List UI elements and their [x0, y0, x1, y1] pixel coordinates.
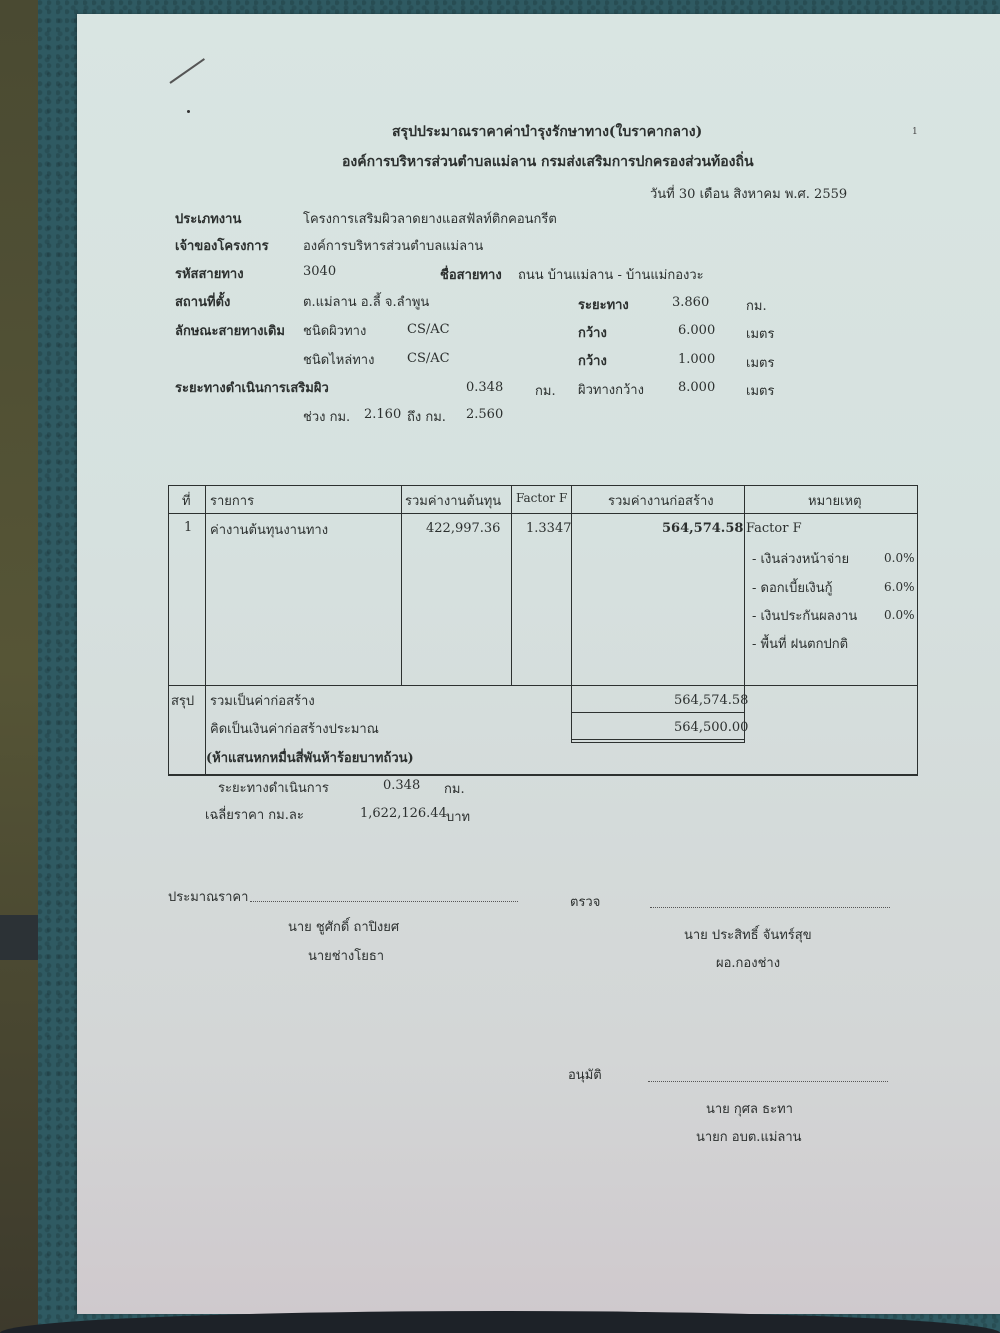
summary-total-value: 564,574.58 — [674, 693, 748, 708]
route-code-value: 3040 — [303, 264, 336, 279]
overlay-width-unit: เมตร — [746, 380, 774, 401]
checker-role-label: ตรวจ — [570, 891, 600, 912]
document-subtitle: องค์การบริหารส่วนตำบลแม่ลาน กรมส่งเสริมก… — [342, 151, 754, 173]
header-factor: Factor F — [516, 491, 567, 505]
remark-loan-interest-value: 6.0% — [884, 580, 915, 594]
cost-table: ที่ รายการ รวมค่างานต้นทุน Factor F รวมค… — [168, 485, 918, 775]
approver-name: นาย กุศล ธะทา — [706, 1098, 793, 1119]
estimator-name: นาย ชูศักดิ์ ถาปิงยศ — [288, 916, 399, 937]
route-code-label: รหัสสายทาง — [175, 263, 244, 284]
work-type-value: โครงการเสริมผิวลาดยางแอสฟัลท์ติกคอนกรีต — [303, 208, 557, 229]
remark-advance-payment: - เงินล่วงหน้าจ่าย — [752, 548, 849, 569]
surface-width-label: กว้าง — [578, 322, 607, 343]
header-item: รายการ — [210, 490, 254, 511]
range-label: ช่วง กม. — [303, 406, 350, 427]
avg-price-value: 1,622,126.44 — [360, 806, 447, 821]
header-cost: รวมค่างานต้นทุน — [405, 490, 501, 511]
owner-label: เจ้าของโครงการ — [175, 235, 269, 256]
shoulder-type-value: CS/AC — [407, 351, 450, 366]
work-type-label: ประเภทงาน — [175, 208, 241, 229]
estimator-role-label: ประมาณราคา — [168, 886, 248, 907]
remark-loan-interest: - ดอกเบี้ยเงินกู้ — [752, 577, 833, 598]
approver-signature-line — [648, 1080, 888, 1082]
approver-position: นายก อบต.แม่ลาน — [696, 1126, 802, 1147]
remark-performance-bond-value: 0.0% — [884, 608, 915, 622]
shoulder-width-unit: เมตร — [746, 352, 774, 373]
overlay-width-label: ผิวทางกว้าง — [578, 379, 644, 400]
row-factor: 1.3347 — [526, 521, 572, 536]
overlay-distance-label: ระยะทางดำเนินการเสริมผิว — [175, 377, 329, 398]
overlay-width-value: 8.000 — [678, 380, 715, 395]
range-to-label: ถึง กม. — [407, 406, 446, 427]
approver-role-label: อนุมัติ — [568, 1064, 602, 1085]
avg-price-label: เฉลี่ยราคา กม.ละ — [205, 804, 304, 825]
header-no: ที่ — [182, 490, 191, 511]
original-road-label: ลักษณะสายทางเดิม — [175, 320, 285, 341]
shoulder-type-label: ชนิดไหล่ทาง — [303, 349, 374, 370]
summary-label: สรุป — [171, 690, 194, 711]
remark-rainfall-area: - พื้นที่ ฝนตกปกติ — [752, 633, 848, 654]
operation-distance-unit: กม. — [444, 778, 465, 799]
range-from: 2.160 — [364, 407, 401, 422]
pen-dot — [187, 110, 190, 113]
operation-distance-label: ระยะทางดำเนินการ — [218, 777, 329, 798]
surface-width-value: 6.000 — [678, 323, 715, 338]
checker-position: ผอ.กองช่าง — [716, 952, 780, 973]
location-label: สถานที่ตั้ง — [175, 291, 230, 312]
document-title: สรุปประมาณราคาค่าบำรุงรักษาทาง(ใบราคากลา… — [392, 121, 702, 143]
owner-value: องค์การบริหารส่วนตำบลแม่ลาน — [303, 235, 483, 256]
row-no: 1 — [184, 520, 192, 535]
row-cost: 422,997.36 — [426, 521, 500, 536]
range-to: 2.560 — [466, 407, 503, 422]
surface-type-value: CS/AC — [407, 322, 450, 337]
overlay-distance-value: 0.348 — [466, 380, 503, 395]
checker-name: นาย ประสิทธิ์ จันทร์สุข — [684, 924, 812, 945]
remark-advance-payment-value: 0.0% — [884, 551, 915, 565]
summary-total-label: รวมเป็นค่าก่อสร้าง — [210, 690, 315, 711]
header-construction: รวมค่างานก่อสร้าง — [608, 490, 714, 511]
row-construction: 564,574.58 — [662, 521, 743, 536]
route-name-label: ชื่อสายทาง — [440, 264, 502, 285]
location-value: ต.แม่ลาน อ.ลี้ จ.ลำพูน — [303, 291, 429, 312]
remarks-title: Factor F — [746, 521, 802, 536]
distance-label: ระยะทาง — [578, 294, 629, 315]
remark-performance-bond: - เงินประกันผลงาน — [752, 605, 857, 626]
surface-type-label: ชนิดผิวทาง — [303, 320, 366, 341]
shoulder-width-value: 1.000 — [678, 352, 715, 367]
page-number: 1 — [912, 127, 918, 137]
estimator-signature-line — [250, 900, 518, 902]
avg-price-unit: บาท — [446, 806, 470, 827]
checker-signature-line — [650, 906, 890, 908]
summary-estimate-value: 564,500.00 — [674, 720, 748, 735]
route-name-value: ถนน บ้านแม่ลาน - บ้านแม่กองวะ — [518, 264, 704, 285]
summary-in-words: (ห้าแสนหกหมื่นสี่พันห้าร้อยบาทถ้วน) — [206, 747, 414, 768]
row-item: ค่างานต้นทุนงานทาง — [210, 519, 328, 540]
operation-distance-value: 0.348 — [383, 778, 420, 793]
surface-width-unit: เมตร — [746, 323, 774, 344]
distance-value: 3.860 — [672, 295, 709, 310]
estimator-position: นายช่างโยธา — [308, 945, 384, 966]
document-date: วันที่ 30 เดือน สิงหาคม พ.ศ. 2559 — [650, 183, 847, 204]
header-remarks: หมายเหตุ — [808, 490, 862, 511]
overlay-distance-unit: กม. — [535, 380, 556, 401]
distance-unit: กม. — [746, 295, 767, 316]
shoulder-width-label: กว้าง — [578, 350, 607, 371]
summary-estimate-label: คิดเป็นเงินค่าก่อสร้างประมาณ — [210, 718, 379, 739]
